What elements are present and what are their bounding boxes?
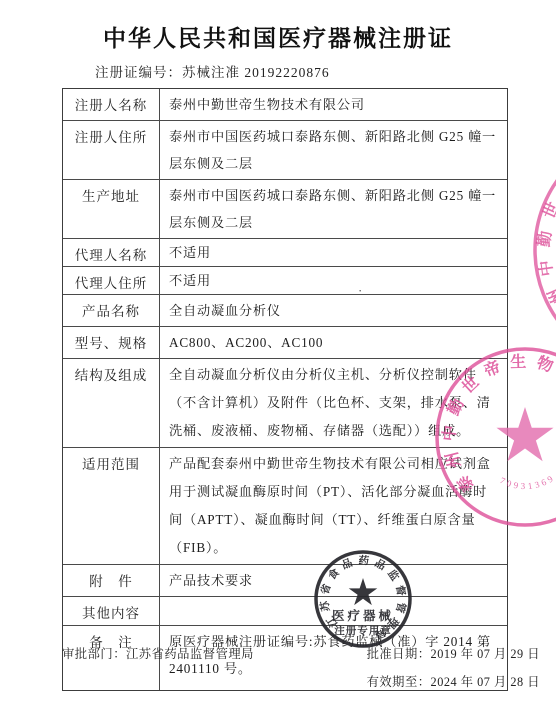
row-label: 型号、规格 — [63, 327, 160, 358]
table-row: 注册人名称 泰州中勤世帝生物技术有限公司 — [63, 89, 507, 120]
row-label: 生产地址 — [63, 180, 160, 238]
table-row: 适用范围 产品配套泰州中勤世帝生物技术有限公司相应试剂盒用于测试凝血酶原时间（P… — [63, 447, 507, 564]
row-value — [160, 597, 507, 625]
certificate-page: 中华人民共和国医疗器械注册证 注册证编号：苏械注准 20192220876 注册… — [0, 0, 556, 722]
row-label: 适用范围 — [63, 448, 160, 564]
row-label: 结构及组成 — [63, 359, 160, 447]
row-value: 不适用 — [160, 267, 507, 294]
table-row: 代理人住所 不适用 — [63, 266, 507, 294]
table-row: 代理人名称 不适用 — [63, 238, 507, 266]
row-label: 注册人住所 — [63, 121, 160, 179]
page-title: 中华人民共和国医疗器械注册证 — [0, 20, 556, 53]
row-label: 其他内容 — [63, 597, 160, 625]
row-value: 泰州市中国医药城口泰路东侧、新阳路北侧 G25 幢一层东侧及二层 — [160, 180, 507, 238]
row-value: AC800、AC200、AC100 — [160, 327, 507, 358]
row-value: 全自动凝血分析仪由分析仪主机、分析仪控制软件（不含计算机）及附件（比色杯、支架，… — [160, 359, 507, 447]
footer-row: 审批部门：江苏省药品监督管理局 批准日期：2019 年 07 月 29 日 — [62, 644, 540, 662]
row-value: 产品配套泰州中勤世帝生物技术有限公司相应试剂盒用于测试凝血酶原时间（PT）、活化… — [160, 448, 507, 564]
row-value: 泰州中勤世帝生物技术有限公司 — [160, 89, 507, 120]
registration-number: 注册证编号：苏械注准 20192220876 — [95, 61, 330, 81]
row-label: 产品名称 — [63, 295, 160, 326]
seal-arc-text: 泰州中勤世帝生物技术有限公司 — [535, 130, 556, 333]
table-row: 注册人住所 泰州市中国医药城口泰路东侧、新阳路北侧 G25 幢一层东侧及二层 — [63, 120, 507, 179]
row-label: 代理人名称 — [63, 239, 160, 266]
approval-date: 批准日期：2019 年 07 月 29 日 — [367, 644, 540, 662]
row-value: 不适用 — [160, 239, 507, 266]
row-value: 产品技术要求 — [160, 565, 507, 596]
table-row: 其他内容 — [63, 596, 507, 625]
approval-department: 审批部门：江苏省药品监督管理局 — [62, 644, 254, 662]
row-value: 泰州市中国医药城口泰路东侧、新阳路北侧 G25 幢一层东侧及二层 — [160, 121, 507, 179]
svg-text:泰州中勤世帝生物技术有限公司: 泰州中勤世帝生物技术有限公司 — [535, 130, 556, 333]
row-label: 附 件 — [63, 565, 160, 596]
row-label: 注册人名称 — [63, 89, 160, 120]
table-row: 附 件 产品技术要求 — [63, 564, 507, 596]
valid-until: 有效期至：2024 年 07 月 28 日 — [62, 672, 540, 690]
row-value: 全自动凝血分析仪 — [160, 295, 507, 326]
certificate-table: 注册人名称 泰州中勤世帝生物技术有限公司 注册人住所 泰州市中国医药城口泰路东侧… — [62, 88, 508, 691]
table-row: 型号、规格 AC800、AC200、AC100 — [63, 326, 507, 358]
table-row: 结构及组成 全自动凝血分析仪由分析仪主机、分析仪控制软件（不含计算机）及附件（比… — [63, 358, 507, 447]
stray-mark: · — [358, 283, 362, 299]
table-row: 生产地址 泰州市中国医药城口泰路东侧、新阳路北侧 G25 幢一层东侧及二层 — [63, 179, 507, 238]
table-row: 产品名称 全自动凝血分析仪 — [63, 294, 507, 326]
row-label: 代理人住所 — [63, 267, 160, 294]
